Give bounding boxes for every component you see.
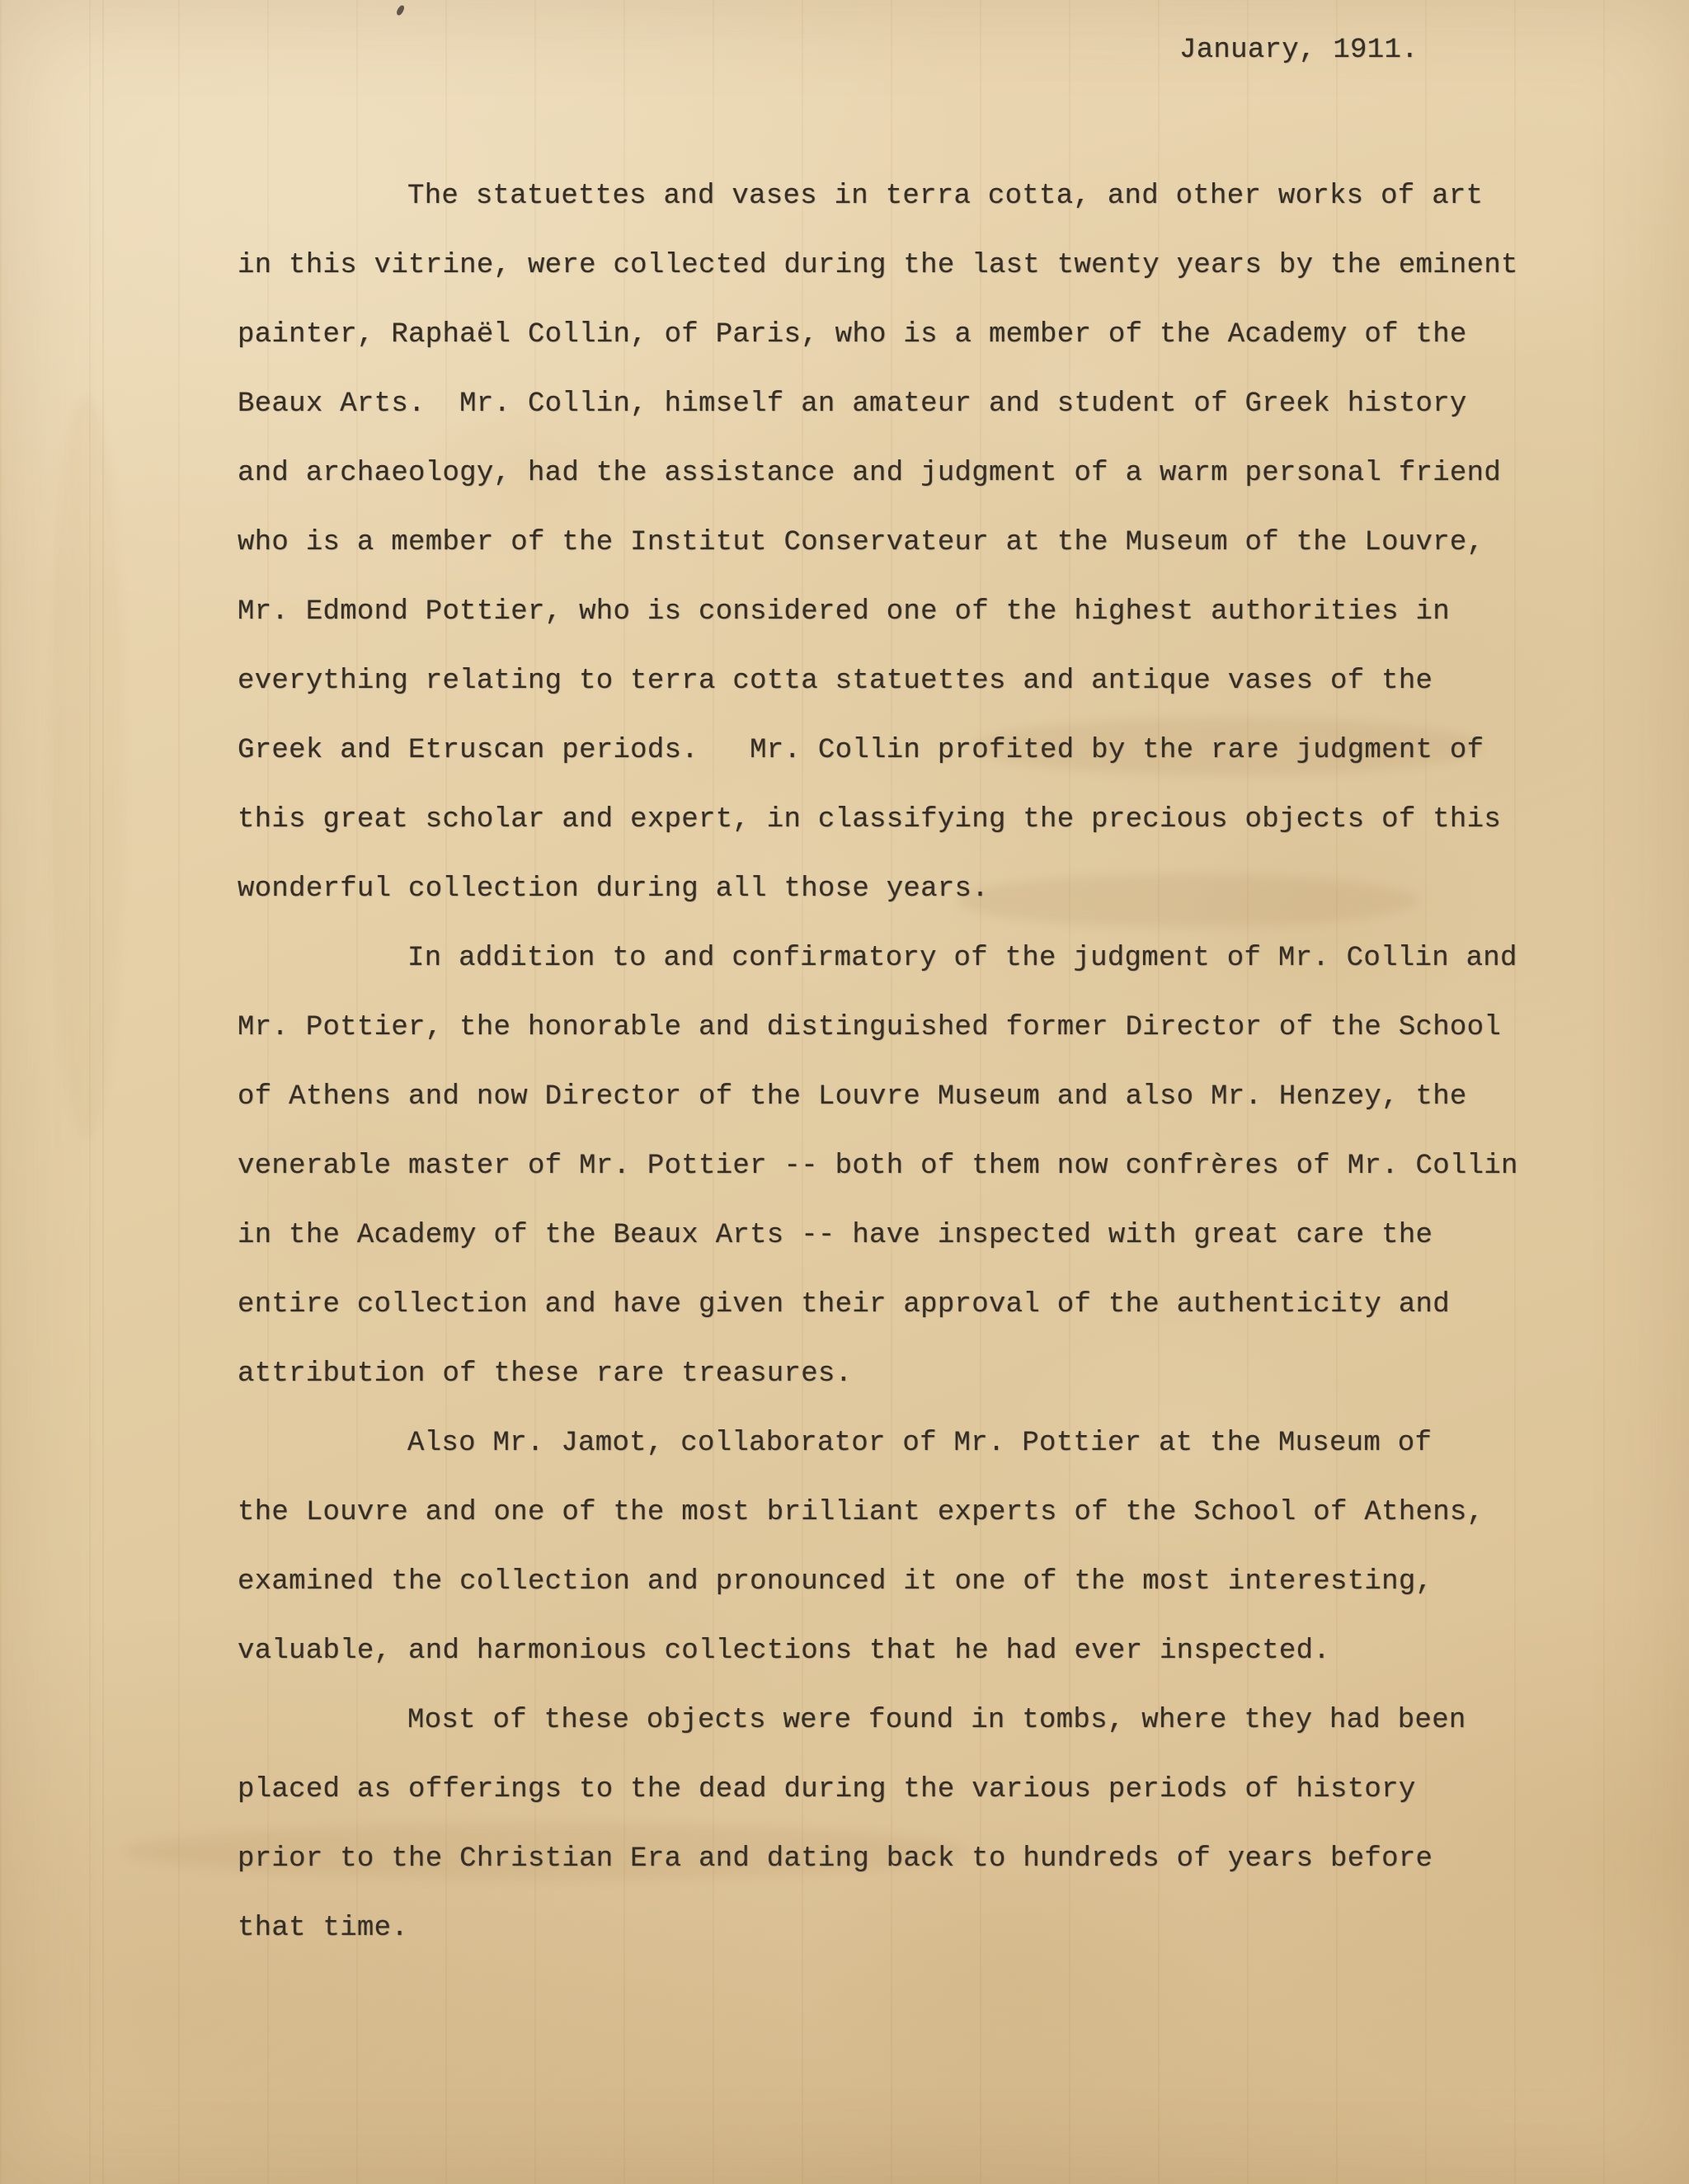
- paragraph: Also Mr. Jamot, collaborator of Mr. Pott…: [238, 1409, 1574, 1686]
- date-line: January, 1911.: [1179, 35, 1418, 66]
- text-line: Also Mr. Jamot, collaborator of Mr. Pott…: [238, 1409, 1574, 1478]
- text-line: and archaeology, had the assistance and …: [238, 439, 1574, 508]
- text-line: in this vitrine, were collected during t…: [238, 231, 1574, 300]
- text-line: who is a member of the Institut Conserva…: [238, 508, 1574, 577]
- text-line: the Louvre and one of the most brilliant…: [238, 1478, 1574, 1547]
- text-line: Beaux Arts. Mr. Collin, himself an amate…: [238, 369, 1574, 439]
- text-line: everything relating to terra cotta statu…: [238, 647, 1574, 716]
- text-line: valuable, and harmonious collections tha…: [238, 1617, 1574, 1686]
- text-line: that time.: [238, 1894, 1574, 1963]
- paragraph: The statuettes and vases in terra cotta,…: [238, 162, 1574, 924]
- text-line: Most of these objects were found in tomb…: [238, 1686, 1574, 1755]
- text-line: venerable master of Mr. Pottier -- both …: [238, 1132, 1574, 1201]
- text-line: Mr. Edmond Pottier, who is considered on…: [238, 577, 1574, 647]
- text-line: prior to the Christian Era and dating ba…: [238, 1824, 1574, 1894]
- text-line: The statuettes and vases in terra cotta,…: [238, 162, 1574, 231]
- text-line: placed as offerings to the dead during t…: [238, 1755, 1574, 1824]
- text-line: this great scholar and expert, in classi…: [238, 785, 1574, 854]
- text-line: Greek and Etruscan periods. Mr. Collin p…: [238, 716, 1574, 785]
- text-line: examined the collection and pronounced i…: [238, 1547, 1574, 1617]
- paragraph: Most of these objects were found in tomb…: [238, 1686, 1574, 1963]
- text-line: of Athens and now Director of the Louvre…: [238, 1062, 1574, 1132]
- text-line: painter, Raphaël Collin, of Paris, who i…: [238, 300, 1574, 369]
- text-line: entire collection and have given their a…: [238, 1270, 1574, 1339]
- text-line: attribution of these rare treasures.: [238, 1339, 1574, 1409]
- document-body: The statuettes and vases in terra cotta,…: [238, 162, 1574, 1963]
- text-line: in the Academy of the Beaux Arts -- have…: [238, 1201, 1574, 1270]
- text-line: In addition to and confirmatory of the j…: [238, 924, 1574, 993]
- text-line: Mr. Pottier, the honorable and distingui…: [238, 993, 1574, 1062]
- text-line: wonderful collection during all those ye…: [238, 854, 1574, 924]
- paragraph: In addition to and confirmatory of the j…: [238, 924, 1574, 1409]
